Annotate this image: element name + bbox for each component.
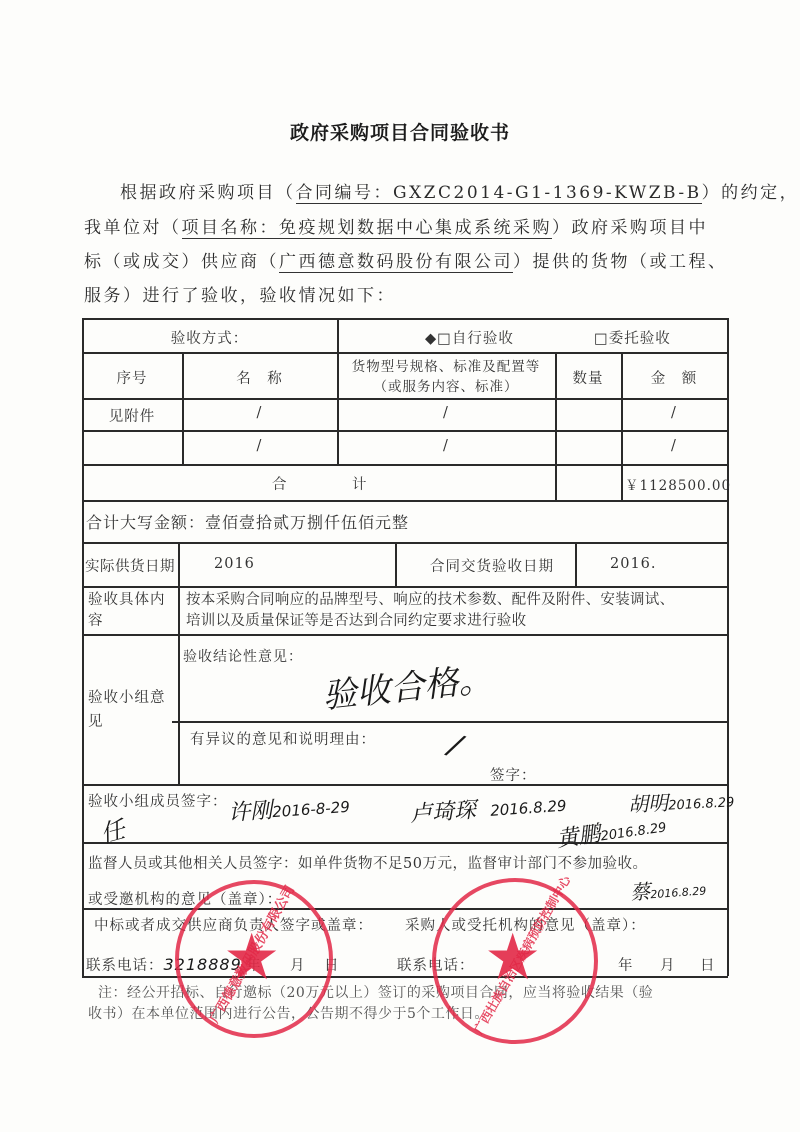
row-spec: / [337,438,555,454]
actual-supply-date-value: 2016 [214,556,255,572]
intro-text: 标（或成交）供应商（ [84,252,279,272]
signature-date: 2016-8-29 [272,798,351,821]
purchaser-stamp: ★ 广西壮族自治区疾病预防控制中心 [432,878,598,1044]
signature-date: 2016.8.29 [668,795,735,813]
signature-date: 2016.8.29 [490,797,567,820]
conclusion-label: 验收结论性意见： [183,646,303,666]
content-line-2: 培训以及质量保证等是否达到合同约定要求进行验收 [186,611,674,632]
supplier-stamp: ★ 广西德意数码股份有限公司 [175,880,333,1038]
table-border [727,318,729,976]
document-title: 政府采购项目合同验收书 [0,118,800,145]
contract-delivery-date-value: 2016. [610,556,657,572]
header-spec-line-1: 货物型号规格、标准及配置等 [337,355,555,375]
total-upper-label: 合计大写金额： [86,513,205,532]
content-label-line-1: 验收具体内 [88,590,166,611]
intro-text: ）的约定， [702,183,800,203]
header-qty: 数量 [555,367,621,388]
method-label: 验收方式： [82,327,337,348]
project-name: 项目名称：免疫规划数据中心集成系统采购 [182,218,553,239]
signature-date: 2016.8.29 [600,820,668,844]
row-amount: / [621,438,727,454]
table-divider [172,721,728,723]
table-border [82,318,728,320]
total-amount: ￥1128500.00 [625,474,731,494]
member-signature: 任 [96,809,128,849]
row-name: / [182,405,337,421]
conclusion-handwritten: 验收合格。 [320,651,494,718]
intro-line-1: 根据政府采购项目（合同编号：GXZC2014-G1-1369-KWZB-B）的约… [120,178,799,203]
content-label: 验收具体内 容 [88,590,166,632]
table-divider [395,542,397,586]
signature-name: 卢琦琛 [409,798,477,828]
objection-label: 有异议的意见和说明理由： [190,728,376,749]
group-opinion-label: 验收小组意 见 [88,686,166,734]
table-divider [82,398,728,400]
table-divider [82,430,728,432]
contract-delivery-date-label: 合同交货验收日期 [430,555,554,576]
header-seq: 序号 [82,367,182,388]
supplier-phone-label: 联系电话： [86,958,164,974]
intro-text: ）提供的货物（或工程、 [513,252,728,272]
method-entrust-checkbox[interactable]: □委托验收 [594,327,671,348]
content-label-line-2: 容 [88,611,166,632]
intro-line-4: 服务）进行了验收，验收情况如下： [84,281,396,306]
sign-label: 签字： [490,764,537,785]
supervisor-label: 监督人员或其他相关人员签字：如单件货物不足50万元，监督审计部门不参加验收。 [88,852,647,873]
signature-name: 蔡 [629,879,651,904]
purchaser-day: 日 [700,954,716,975]
supplier-name: 广西德意数码股份有限公司 [279,252,513,273]
content-line-1: 按本采购合同响应的品牌型号、响应的技术参数、配件及附件、安装调试、 [186,590,674,611]
signature-name: 许刚 [227,798,273,826]
total-upper-row: 合计大写金额：壹佰壹拾贰万捌仟伍佰元整 [86,510,409,533]
intro-line-3: 标（或成交）供应商（广西德意数码股份有限公司）提供的货物（或工程、 [84,247,728,272]
total-label-1: 合 [272,473,288,494]
table-divider [82,784,728,786]
purchaser-month: 月 [660,954,676,975]
member-signature: 卢琦琛2016.8.29 [409,787,567,829]
table-divider [82,500,728,502]
row-name: / [182,438,337,454]
group-opinion-label-line-1: 验收小组意 [88,686,166,710]
total-upper-value: 壹佰壹拾贰万捌仟伍佰元整 [205,513,409,532]
intro-line-2: 我单位对（项目名称：免疫规划数据中心集成系统采购）政府采购项目中 [84,213,708,238]
row-amount: / [621,405,727,421]
table-divider [82,464,728,466]
header-amount: 金 额 [621,367,727,388]
members-label: 验收小组成员签字： [88,790,228,811]
table-divider [575,542,577,586]
member-signature: 许刚2016-8-29 [227,788,351,827]
header-spec-line-2: （或服务内容、标准） [337,375,555,395]
row-seq: 见附件 [82,405,182,426]
total-label-2: 计 [352,473,368,494]
header-spec: 货物型号规格、标准及配置等 （或服务内容、标准） [337,355,555,395]
content-text: 按本采购合同响应的品牌型号、响应的技术参数、配件及附件、安装调试、 培训以及质量… [186,590,674,632]
group-opinion-label-line-2: 见 [88,710,166,734]
purchaser-year: 年 [618,954,634,975]
signature-name: 黄鹏 [555,822,602,853]
intro-text: 根据政府采购项目（ [120,183,296,203]
table-divider [178,542,180,784]
contract-number: 合同编号：GXZC2014-G1-1369-KWZB-B [296,183,702,204]
intro-text: 我单位对（ [84,218,182,238]
member-signature: 黄鹏2016.8.29 [554,807,667,853]
intro-text: ）政府采购项目中 [552,218,708,238]
signature-date: 2016.8.29 [650,884,707,901]
actual-supply-date-label: 实际供货日期 [85,555,175,576]
supplier-stamp-text: 广西德意数码股份有限公司 [204,881,298,1026]
header-name: 名 称 [182,367,337,388]
row-spec: / [337,405,555,421]
objection-handwritten: / [444,727,465,763]
method-self-checkbox[interactable]: ◆□自行验收 [425,327,514,348]
supervisor-signature: 蔡2016.8.29 [629,871,707,905]
table-divider [82,352,728,354]
